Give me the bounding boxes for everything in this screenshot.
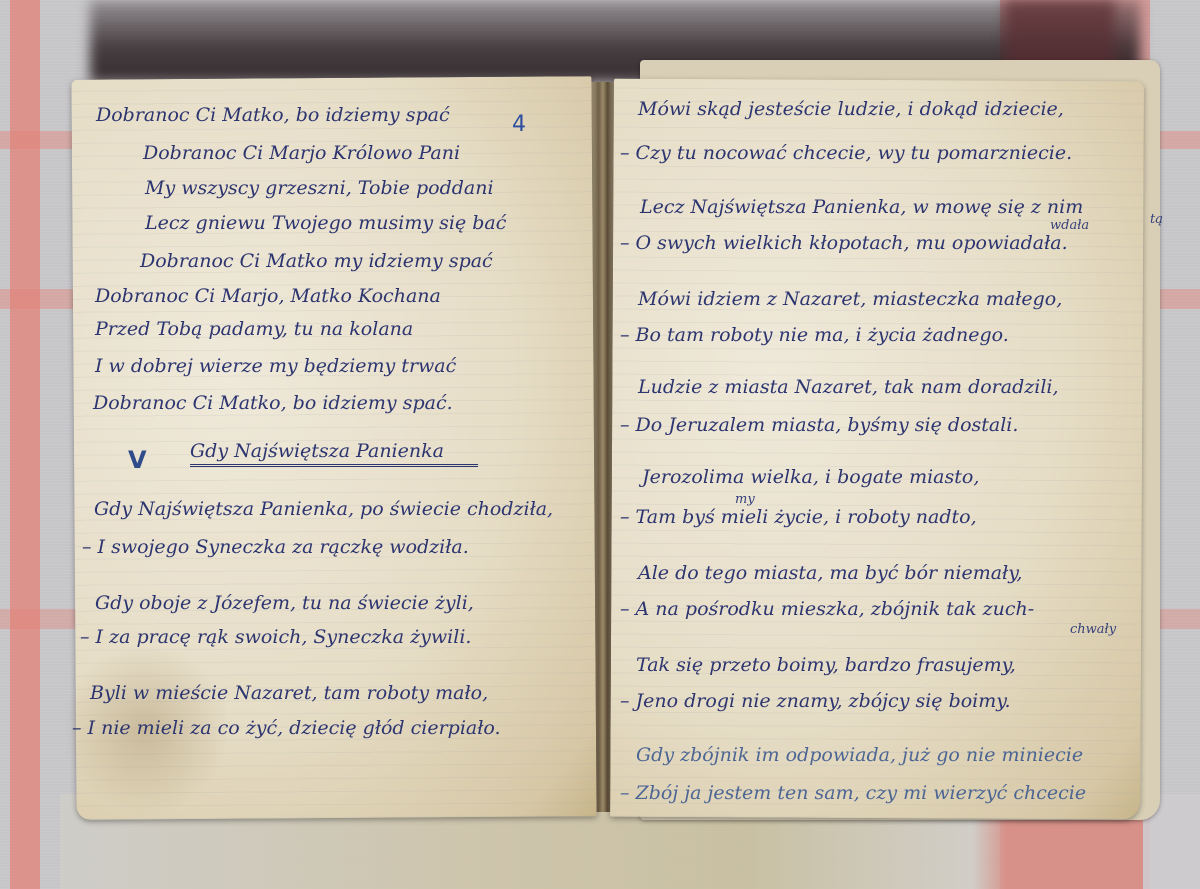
song2-line: Gdy Najświętsza Panienka, po świecie cho…: [94, 498, 553, 520]
verse-line: Gdy zbójnik im odpowiada, już go nie min…: [636, 744, 1083, 766]
verse-line: Mówi idziem z Nazaret, miasteczka małego…: [638, 288, 1062, 310]
verse-line: Ludzie z miasta Nazaret, tak nam doradzi…: [638, 376, 1059, 398]
insertion-annotation: my: [735, 492, 755, 507]
verse-line: – Tam byś mieli życie, i roboty nadto,: [620, 506, 977, 528]
song-number: V: [128, 446, 147, 474]
song1-line: My wszyscy grzeszni, Tobie poddani: [145, 177, 494, 199]
song1-line: Dobranoc Ci Matko, bo idziemy spać.: [93, 392, 453, 414]
song2-line: Gdy oboje z Józefem, tu na świecie żyli,: [95, 592, 474, 614]
song2-line: – I swojego Syneczka za rączkę wodziła.: [82, 536, 469, 558]
margin-annotation: tą: [1150, 212, 1163, 227]
song1-line: Przed Tobą padamy, tu na kolana: [95, 318, 413, 340]
page-number: 4: [512, 112, 526, 137]
verse-line: Ale do tego miasta, ma być bór niemały,: [638, 562, 1022, 584]
verse-line: – A na pośrodku mieszka, zbójnik tak zuc…: [620, 598, 1034, 620]
song1-line: Dobranoc Ci Matko, bo idziemy spać: [96, 104, 450, 126]
verse-line: – Zbój ja jestem ten sam, czy mi wierzyć…: [620, 782, 1086, 804]
verse-line: – O swych wielkich kłopotach, mu opowiad…: [620, 232, 1068, 254]
verse-line: Mówi skąd jesteście ludzie, i dokąd idzi…: [638, 98, 1064, 120]
song1-line: Dobranoc Ci Marjo, Matko Kochana: [95, 285, 441, 307]
verse-line: Jerozolima wielka, i bogate miasto,: [642, 466, 979, 488]
continuation-annotation: chwały: [1070, 622, 1116, 637]
verse-line: Tak się przeto boimy, bardzo frasujemy,: [636, 654, 1016, 676]
verse-line: Lecz Najświętsza Panienka, w mowę się z …: [640, 196, 1083, 218]
song2-line: – I nie mieli za co żyć, dziecię głód ci…: [72, 717, 501, 739]
song2-line: Byli w mieście Nazaret, tam roboty mało,: [90, 682, 488, 704]
song1-line: Dobranoc Ci Marjo Królowo Pani: [143, 142, 460, 164]
verse-line: – Czy tu nocować chcecie, wy tu pomarzni…: [620, 142, 1072, 164]
verse-line: – Bo tam roboty nie ma, i życia żadnego.: [620, 324, 1009, 346]
verse-line: – Do Jeruzalem miasta, byśmy się dostali…: [620, 414, 1018, 436]
song-title: Gdy Najświętsza Panienka: [190, 440, 478, 467]
song1-line: Lecz gniewu Twojego musimy się bać: [145, 212, 506, 234]
song1-line: Dobranoc Ci Matko my idziemy spać: [140, 250, 493, 272]
song2-line: – I za pracę rąk swoich, Syneczka żywili…: [80, 626, 471, 648]
song1-line: I w dobrej wierze my będziemy trwać: [95, 355, 456, 377]
verse-line: – Jeno drogi nie znamy, zbójcy się boimy…: [620, 690, 1011, 712]
correction-annotation: wdała: [1050, 218, 1089, 233]
